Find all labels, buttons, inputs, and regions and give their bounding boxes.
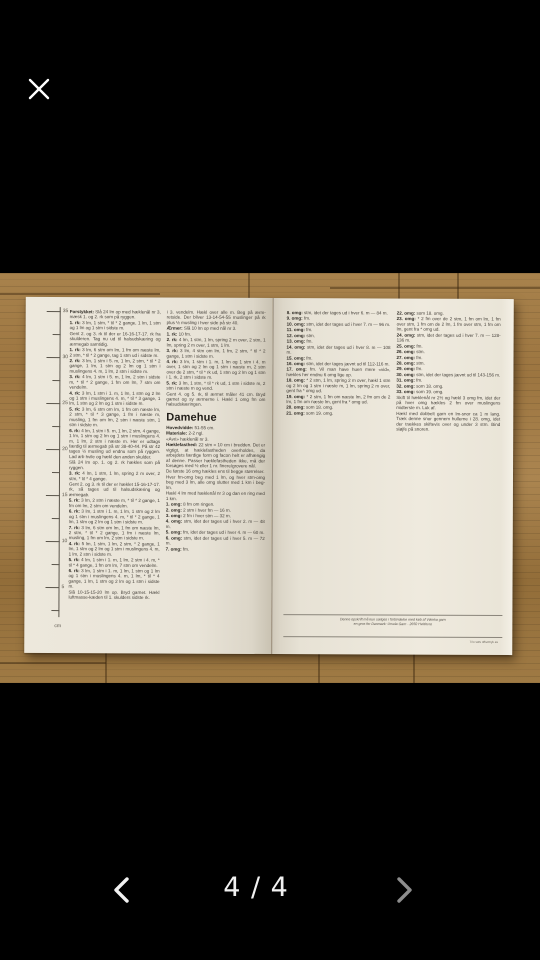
- round-line: 14. omg: stm, idet der tages ud i hver 8…: [287, 344, 391, 355]
- wood-plank-joint: [248, 273, 250, 300]
- round-line: 24. omg: stm, idet der tages ud i hver 7…: [397, 332, 501, 343]
- left-page-column-2: i 3. vendelm. Hækl over alle m. Beg på æ…: [166, 310, 266, 553]
- spec-line: Hæklefasthed: 22 stm = 10 cm i bredden. …: [166, 442, 265, 469]
- spec-line: Hver fm-omg beg med 1 lm, og hver stm-om…: [166, 475, 265, 491]
- ruler-tick: [46, 541, 60, 542]
- page-indicator: 4 / 4: [0, 872, 512, 903]
- ruler-tick: [46, 495, 60, 496]
- ruler-tick: [51, 610, 59, 611]
- round-line: 18. omg: * 2 stm, 1 lm, spring 2 m over,…: [286, 378, 390, 394]
- instruction-line: 2. rk: 4 lm, 1 stm, 1 lm, spring 2 m ove…: [167, 337, 266, 348]
- booklet: 3530252015105cm Forstykket: Slå 24 lm op…: [24, 297, 514, 655]
- close-button[interactable]: [22, 72, 56, 106]
- ruler-tick: [52, 564, 60, 565]
- instruction-line: 5. rk: 3 lm, 1 stm, * til * rk ud, 1 stm…: [166, 380, 265, 391]
- right-page-column-1: 8. omg: stm, idet der tages ud i hver 6.…: [286, 310, 390, 417]
- instruction-line: Gent 2. og 3. rk til der er 16-16-17-17.…: [70, 331, 161, 347]
- ruler-unit-label: cm: [54, 623, 61, 629]
- left-column2-intro: i 3. vendelm. Hækl over alle m. Beg på æ…: [166, 310, 265, 408]
- spec-line: De første 16 omg hækles ens til begge st…: [166, 469, 265, 475]
- ruler-tick: [47, 311, 61, 312]
- instruction-line: 4. rk: 3 lm, 1 stm i 1. m, 1 lm, 1 stm o…: [69, 390, 160, 406]
- ruler-tick: [53, 334, 61, 335]
- ruler-number: 5: [62, 585, 65, 590]
- round-line: 19. omg: * 2 stm, 1 fm om næste lm, 2 fm…: [286, 394, 390, 405]
- instruction-line: Forstykket: Slå 24 lm op med hæklenål nr…: [70, 309, 161, 320]
- hat-specs: Hovedvidde: 51-55 cm.Materiale: 2-2 ngl.…: [166, 425, 265, 501]
- screen: { "viewer": { "background": "#000000", "…: [0, 0, 540, 960]
- hat-rounds-1-7: 1. omg: 8 fm om ringen.2. omg: 2 stm i h…: [166, 502, 265, 552]
- instruction-line: 5. rk: 3 lm, 2 stm i næste m, * til * 2 …: [69, 498, 160, 509]
- booklet-right-page: 8. omg: stm, idet der tages ud i hver 6.…: [271, 298, 514, 655]
- instruction-line: i 3. vendelm. Hækl over alle m. Beg på æ…: [167, 310, 266, 326]
- ruler-tick: [52, 518, 60, 519]
- ruler: 3530252015105cm: [30, 297, 68, 645]
- instruction-line: 6. rk: 3 lm, 1 stm i 1. m, 1 lm, 1 stm o…: [69, 568, 160, 589]
- sales-caption: Denne opskrift må kun sælges i forbindel…: [283, 614, 502, 638]
- finishing-notes: Skift til hæklenål nr 2½ og hækl 3 omg f…: [396, 395, 500, 432]
- ruler-number: 30: [63, 355, 69, 360]
- ruler-tick: [52, 380, 60, 381]
- instruction-line: 5. rk: 3 lm, 6 stm om lm, 1 fm om næste …: [69, 407, 160, 428]
- instruction-line: 3. rk: 4 lm, 1 stm, 1 lm, spring 2 m ove…: [69, 471, 160, 482]
- photo[interactable]: 3530252015105cm Forstykket: Slå 24 lm op…: [0, 273, 540, 683]
- close-icon: [26, 76, 52, 102]
- instruction-line: 4. rk: 3 lm, 1 stm i 1. m, 1 lm og 1 stm…: [166, 359, 265, 380]
- instruction-line: Gent 2. og 3. rk til der er hæklet 15-16…: [69, 482, 160, 498]
- hat-rounds-22-33: 22. omg: som 18. omg.23. omg: * 2 fm ove…: [396, 311, 500, 395]
- wood-plank-seam: [0, 662, 106, 664]
- chevron-right-icon: [391, 875, 417, 905]
- spec-line: Materiale: 2-2 ngl.: [166, 431, 265, 437]
- ruler-number: 20: [62, 447, 68, 452]
- right-page-column-2: 22. omg: som 18. omg.23. omg: * 2 fm ove…: [396, 311, 501, 433]
- next-page-button[interactable]: [384, 870, 424, 910]
- instruction-line: 6. rk: 4 lm, 1 stm i 5. m, 1 lm, 2 stm, …: [69, 428, 160, 460]
- section-heading: Damehue: [166, 411, 265, 423]
- instruction-line: Slå 24 lm op. 1. og 2. rk hækles som på …: [69, 460, 160, 471]
- note-line: Skift til hæklenål nr 2½ og hækl 3 omg f…: [396, 395, 500, 411]
- wood-plank-seam: [330, 287, 540, 289]
- instruction-line: 5. rk: 4 lm, 1 stm i 1. m, 1 lm, 2 stm i…: [69, 557, 160, 568]
- instruction-line: Gent 4. og 5. rk, til ærmet måler 41 cm.…: [166, 391, 265, 407]
- round-line: 21. omg: som 19. omg.: [286, 411, 390, 417]
- round-line: 17. omg: fm. Vil man have huen mere «vid…: [286, 367, 390, 378]
- instruction-line: Ærmer: Slå 10 lm op med nål nr 3.: [167, 326, 266, 332]
- ruler-number: 35: [63, 309, 69, 314]
- printer-credit: Trio sats offsettryk as: [470, 641, 498, 644]
- ruler-tick: [46, 449, 60, 450]
- instruction-line: 7. rk: 3 lm, 6 stm om lm, 1 fm om næste …: [69, 525, 160, 541]
- round-line: 7. omg: fm.: [166, 546, 265, 552]
- instruction-line: 3. rk: 4 lm, 1 stm i 5. m, 1 lm, 2 stm i…: [69, 374, 160, 390]
- instruction-line: 4. rk: 5 lm, 1 stm, 1 lm, 2 stm, * 2 gan…: [69, 541, 160, 557]
- ruler-tick: [52, 472, 60, 473]
- pagination-bar: 4 / 4: [0, 860, 540, 920]
- round-line: 4. omg: stm, idet der tages ud i hver 2.…: [166, 519, 265, 530]
- ruler-tick: [46, 403, 60, 404]
- instruction-line: Slå 10-15-15-20 lm op. Bryd garnet. Hækl…: [68, 590, 159, 601]
- caption-line-2: en gros for Danmark: Ursula Garn · 2650 …: [283, 621, 502, 627]
- round-line: 33. omg: som 19. omg.: [396, 389, 500, 395]
- ruler-number: 10: [62, 539, 68, 544]
- instruction-line: 6. rk: 3 lm, 1 stm i 1. m, 1 lm, 1 stm o…: [69, 509, 160, 525]
- round-line: 6. omg: stm, idet der tages ud i hver 5.…: [166, 535, 265, 546]
- booklet-left-page: 3530252015105cm Forstykket: Slå 24 lm op…: [24, 297, 273, 654]
- ruler-tick: [52, 426, 60, 427]
- instruction-line: 1. rk: 3 lm, 6 stm om lm, 1 fm om næste …: [70, 347, 161, 358]
- wood-plank-seam: [0, 293, 160, 295]
- ruler-number: 25: [62, 401, 68, 406]
- instruction-line: 1. rk: 3 lm, 1 stm, * til * 2 gange, 1 l…: [70, 320, 161, 331]
- round-line: 23. omg: * 2 fm over de 2 stm, 1 fm om l…: [397, 316, 501, 332]
- instruction-line: 3. rk: 3 lm, 4 stm om lm, 1 fm, 2 stm, *…: [167, 348, 266, 359]
- ruler-tick: [47, 357, 61, 358]
- left-page-column-1: Forstykket: Slå 24 lm op med hæklenål nr…: [68, 309, 160, 601]
- wood-plank-joint: [105, 649, 107, 683]
- ruler-tick: [46, 587, 60, 588]
- note-line: Hækl med dobbelt garn en lm-snor ca 1 m …: [396, 411, 500, 432]
- spec-line: Hækl 4 lm med hæklenål nr 3 og dan en ri…: [166, 491, 265, 502]
- instruction-line: 2. rk: 3 lm, 1 stm i 5. m, 1 lm, 2 stm, …: [69, 358, 160, 374]
- ruler-number: 15: [62, 493, 68, 498]
